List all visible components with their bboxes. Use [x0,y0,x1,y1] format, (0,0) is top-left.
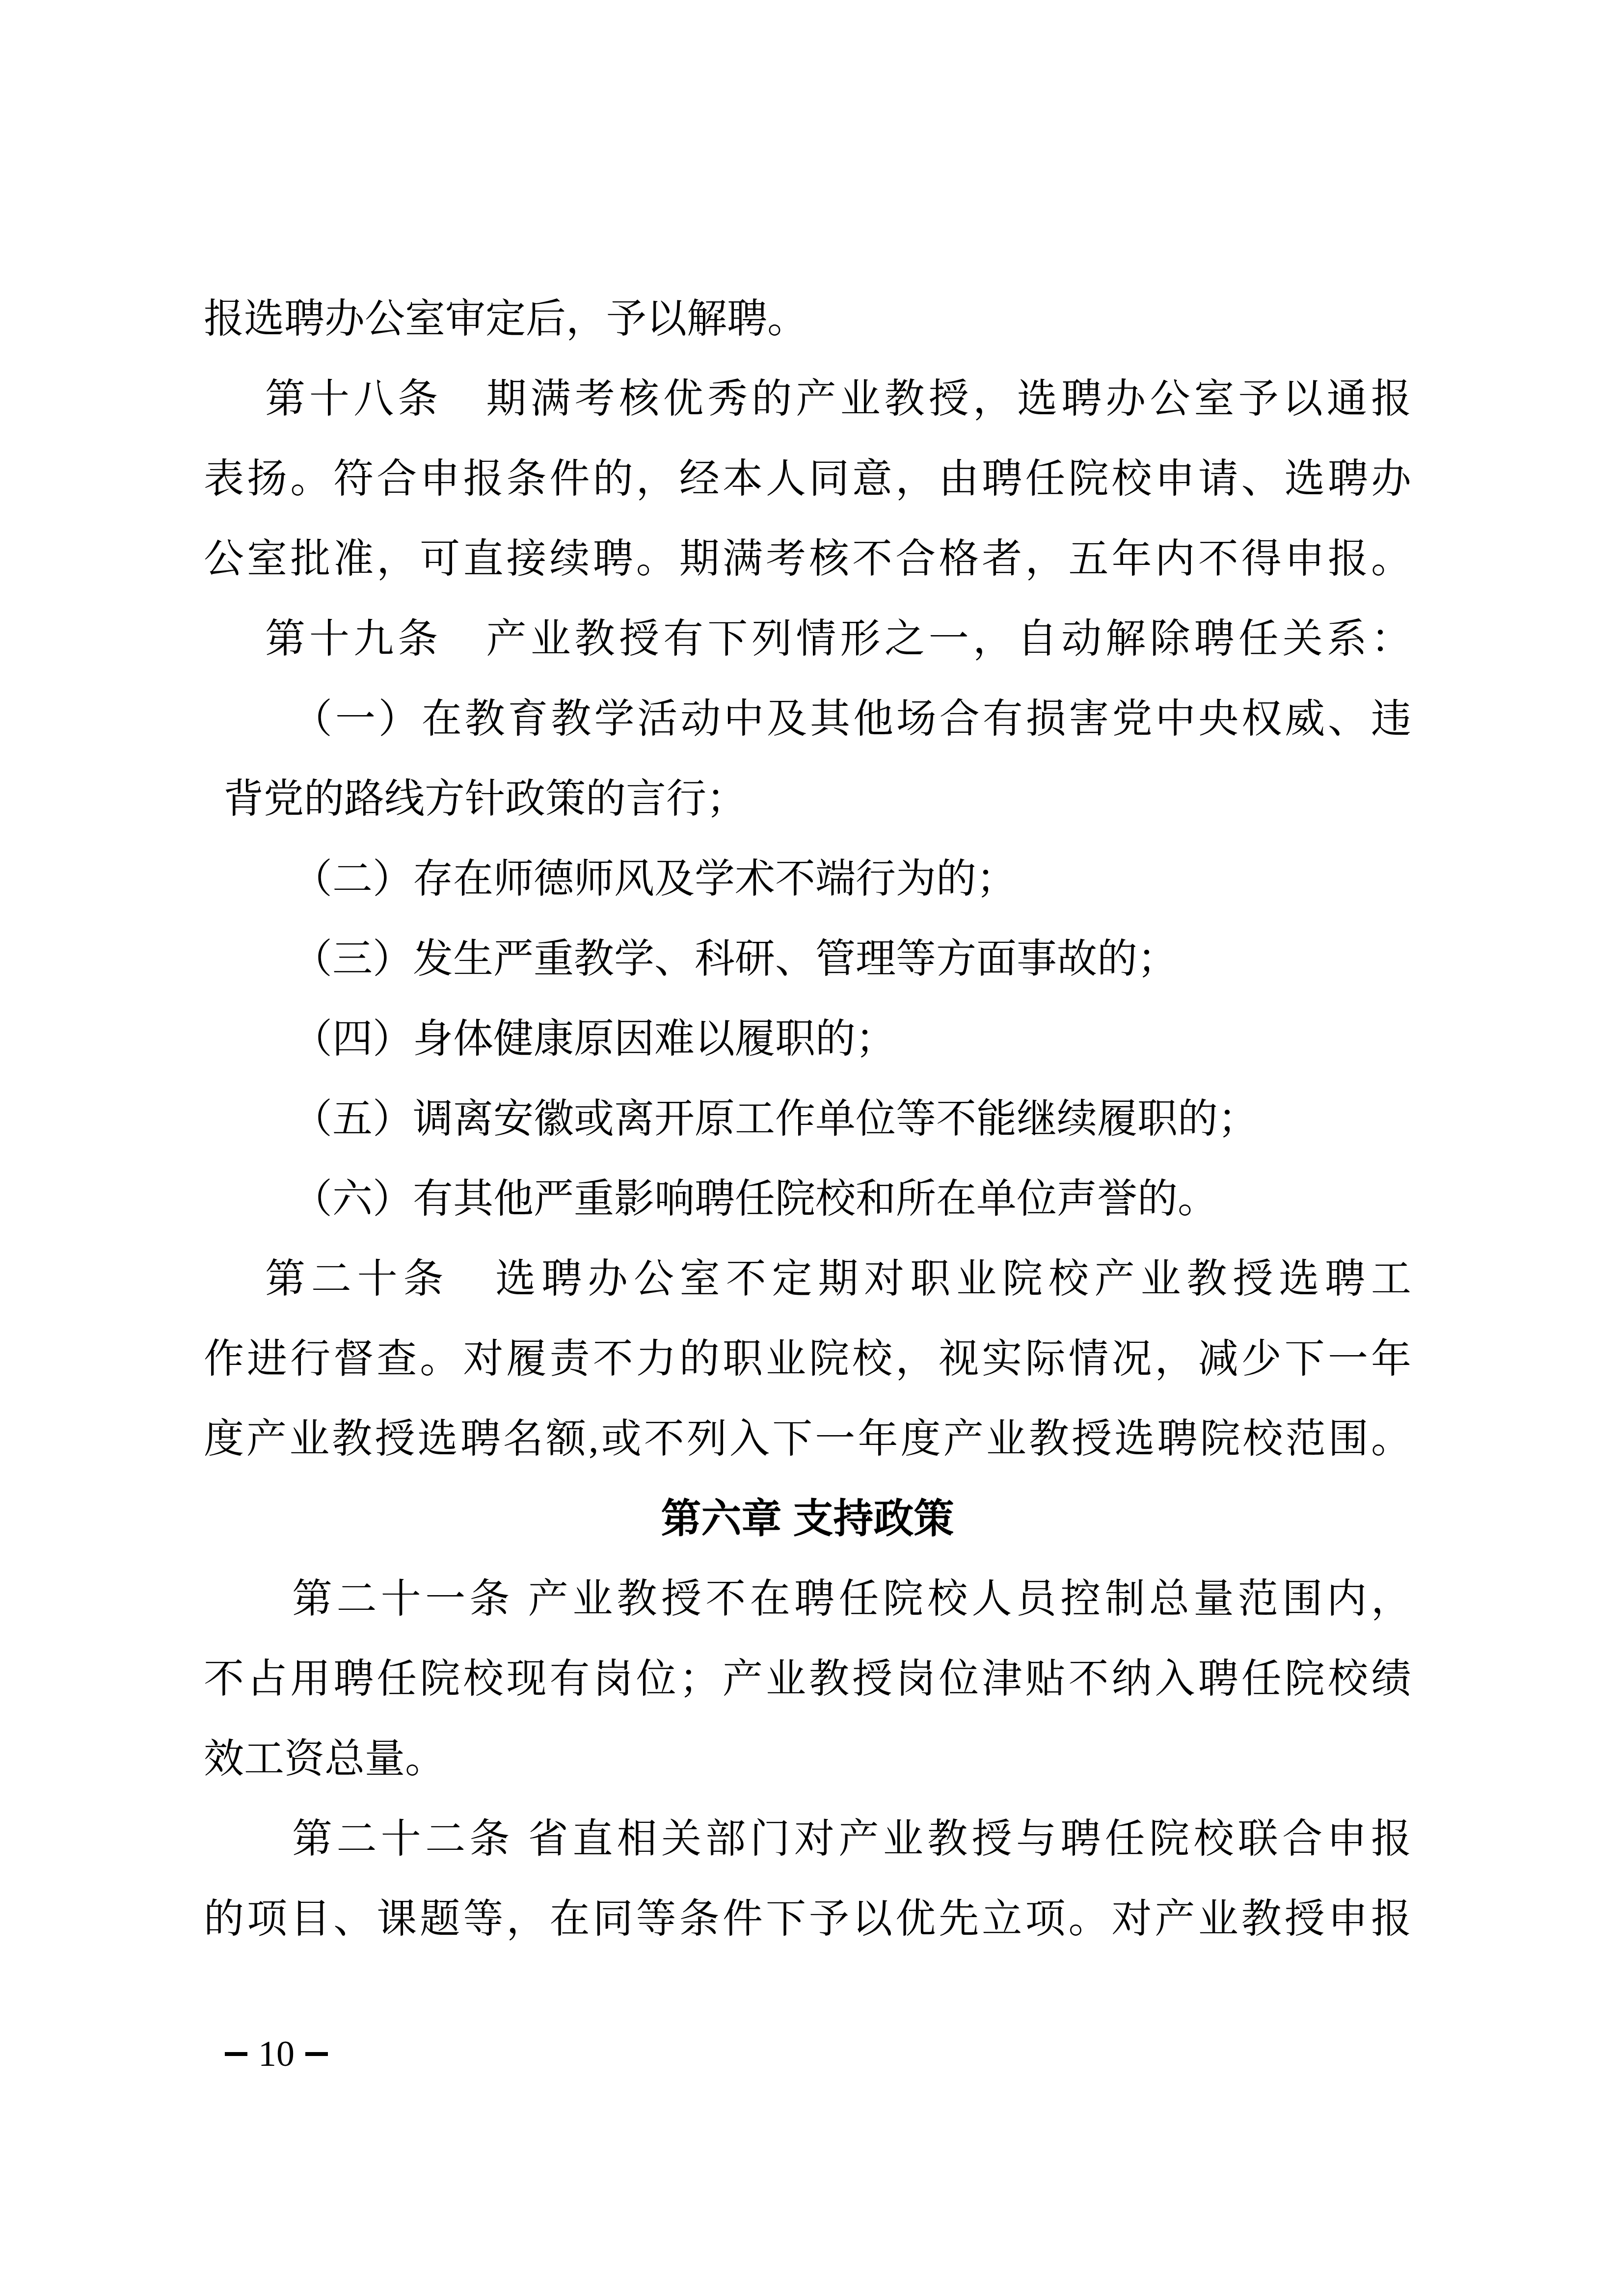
doc-line: 效工资总量。 [204,1719,1411,1799]
doc-line: 不占用聘任院校现有岗位；产业教授岗位津贴不纳入聘任院校绩 [204,1639,1411,1719]
doc-line-item-5: （五）调离安徽或离开原工作单位等不能继续履职的； [204,1079,1411,1159]
doc-line: 报选聘办公室审定后，予以解聘。 [204,279,1411,359]
doc-line-item-2: （二）存在师德师风及学术不端行为的； [204,839,1411,919]
footer-right-dash [305,2052,328,2056]
doc-line: 的项目、课题等，在同等条件下予以优先立项。对产业教授申报 [204,1879,1411,1959]
page-number: 10 [258,2034,295,2074]
doc-line-article-22: 第二十二条 省直相关部门对产业教授与聘任院校联合申报 [204,1799,1411,1879]
page-footer: 10 [225,2034,328,2074]
footer-left-dash [225,2052,247,2056]
doc-line: 表扬。符合申报条件的，经本人同意，由聘任院校申请、选聘办 [204,439,1411,519]
chapter-heading: 第六章 支持政策 [204,1479,1411,1559]
doc-line-item-1: （一）在教育教学活动中及其他场合有损害党中央权威、违 [204,679,1411,759]
doc-line-item-4: （四）身体健康原因难以履职的； [204,999,1411,1079]
doc-line-article-20: 第二十条 选聘办公室不定期对职业院校产业教授选聘工 [204,1239,1411,1319]
doc-line-item-3: （三）发生严重教学、科研、管理等方面事故的； [204,919,1411,999]
doc-line: 作进行督查。对履责不力的职业院校，视实际情况，减少下一年 [204,1319,1411,1399]
doc-line-article-18: 第十八条 期满考核优秀的产业教授，选聘办公室予以通报 [204,359,1411,439]
doc-line-item-6: （六）有其他严重影响聘任院校和所在单位声誉的。 [204,1159,1411,1239]
doc-line-article-19: 第十九条 产业教授有下列情形之一，自动解除聘任关系： [204,599,1411,679]
doc-line-article-21: 第二十一条 产业教授不在聘任院校人员控制总量范围内， [204,1559,1411,1639]
document-page: 报选聘办公室审定后，予以解聘。 第十八条 期满考核优秀的产业教授，选聘办公室予以… [0,0,1613,2296]
document-body: 报选聘办公室审定后，予以解聘。 第十八条 期满考核优秀的产业教授，选聘办公室予以… [204,279,1411,1959]
doc-line: 公室批准，可直接续聘。期满考核不合格者，五年内不得申报。 [204,519,1411,599]
doc-line: 度产业教授选聘名额,或不列入下一年度产业教授选聘院校范围。 [204,1399,1411,1479]
doc-line: 背党的路线方针政策的言行； [204,759,1411,839]
